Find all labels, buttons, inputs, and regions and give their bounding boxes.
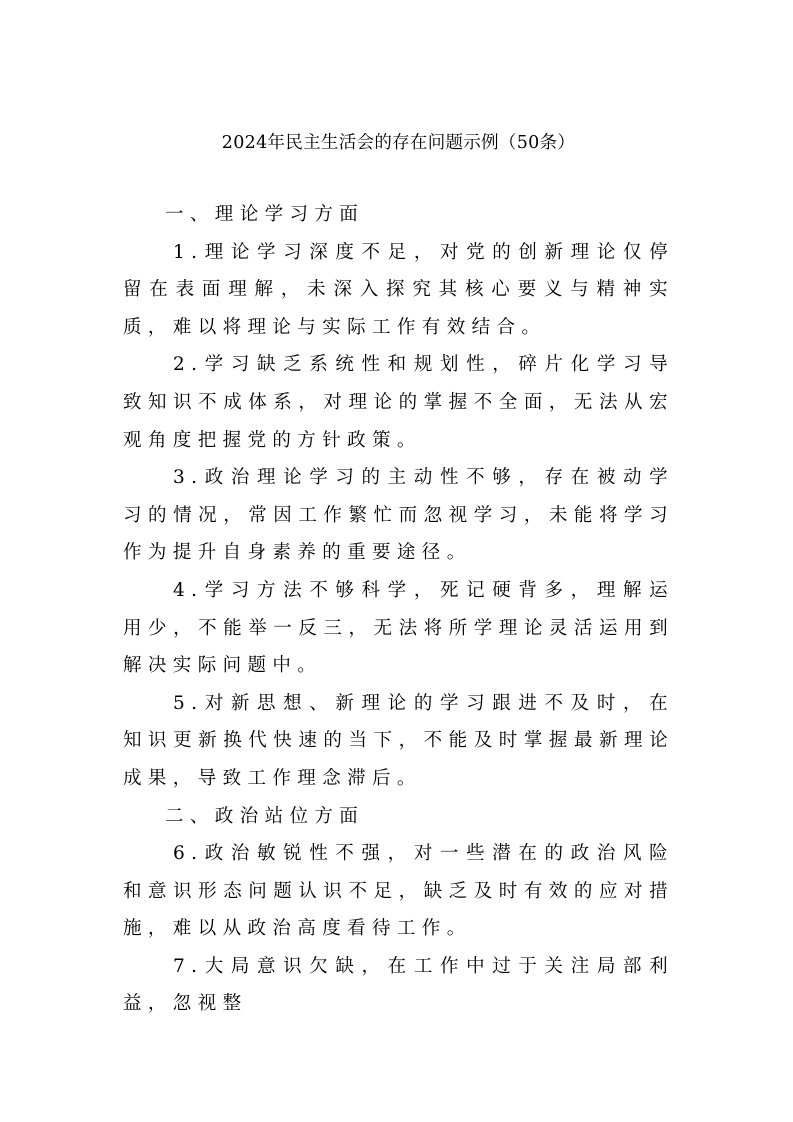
- problem-item-1: 1.理论学习深度不足，对党的创新理论仅停留在表面理解，未深入探究其核心要义与精神…: [123, 234, 674, 347]
- section-heading-theory-study: 一、理论学习方面: [123, 196, 674, 234]
- document-title: 2024年民主生活会的存在问题示例（50条）: [123, 131, 674, 155]
- problem-item-2: 2.学习缺乏系统性和规划性，碎片化学习导致知识不成体系，对理论的掌握不全面，无法…: [123, 346, 674, 459]
- problem-item-3: 3.政治理论学习的主动性不够，存在被动学习的情况，常因工作繁忙而忽视学习，未能将…: [123, 459, 674, 572]
- problem-item-4: 4.学习方法不够科学，死记硬背多，理解运用少，不能举一反三，无法将所学理论灵活运…: [123, 572, 674, 685]
- problem-item-7: 7.大局意识欠缺，在工作中过于关注局部利益，忽视整: [123, 948, 674, 1023]
- section-heading-political-stance: 二、政治站位方面: [123, 798, 674, 836]
- document-body: 一、理论学习方面 1.理论学习深度不足，对党的创新理论仅停留在表面理解，未深入探…: [123, 196, 674, 1023]
- problem-item-5: 5.对新思想、新理论的学习跟进不及时，在知识更新换代快速的当下，不能及时掌握最新…: [123, 685, 674, 798]
- problem-item-6: 6.政治敏锐性不强，对一些潜在的政治风险和意识形态问题认识不足，缺乏及时有效的应…: [123, 835, 674, 948]
